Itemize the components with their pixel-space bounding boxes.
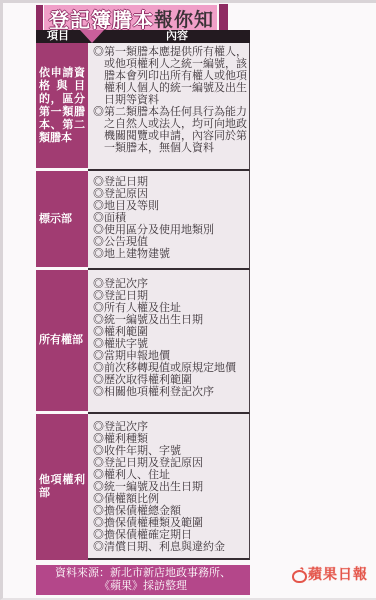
bullet-item: ◎擔保債權種類及範圍 bbox=[93, 517, 247, 529]
row-label: 依申請資格與目的，區分第一類謄本、第二類謄本 bbox=[36, 43, 88, 171]
bullet-item: ◎當期申報地價 bbox=[93, 350, 247, 362]
bullet-item: ◎相關他項權利登記次序 bbox=[93, 386, 247, 398]
bullet-item: ◎登記次序 bbox=[93, 421, 247, 433]
table-header: 項目 內容 bbox=[36, 30, 250, 43]
bullet-item: ◎清償日期、利息與違約金 bbox=[93, 541, 247, 553]
bullet-item: ◎登記次序 bbox=[93, 278, 247, 290]
title-pink-band: 登記簿謄本 報你知 bbox=[44, 5, 217, 31]
bullet-item: ◎使用區分及使用地類別 bbox=[93, 224, 247, 236]
bullet-item: ◎前次移轉現值或原規定地價 bbox=[93, 362, 247, 374]
apple-daily-logo: 蘋果日報 bbox=[292, 564, 368, 584]
page-title: 登記簿謄本 bbox=[49, 4, 154, 33]
bullet-item: ◎擔保債權總金額 bbox=[93, 505, 247, 517]
row-content: ◎登記日期◎登記原因◎地目及等則◎面積◎使用區分及使用地類別◎公告現值◎地上建物… bbox=[88, 171, 250, 270]
bullet-item: ◎權利範圍 bbox=[93, 326, 247, 338]
bullet-item: ◎統一編號及出生日期 bbox=[93, 314, 247, 326]
bullet-item: ◎面積 bbox=[93, 212, 247, 224]
column-header-item: 項目 bbox=[36, 30, 80, 43]
bullet-item: ◎權利人、住址 bbox=[93, 469, 247, 481]
bullet-item: ◎權狀字號 bbox=[93, 338, 247, 350]
bullet-item: ◎收件年期、字號 bbox=[93, 445, 247, 457]
title-lead-block bbox=[36, 5, 43, 32]
table-row-marking: 標示部 ◎登記日期◎登記原因◎地目及等則◎面積◎使用區分及使用地類別◎公告現值◎… bbox=[36, 171, 250, 270]
bullet-item: ◎地目及等則 bbox=[93, 200, 247, 212]
row-label: 標示部 bbox=[36, 171, 88, 270]
triangle-down-icon bbox=[80, 30, 104, 43]
logo-text: 蘋果日報 bbox=[308, 564, 368, 584]
apple-icon bbox=[292, 568, 305, 580]
source-line-2: 《蘋果》採訪整理 bbox=[36, 580, 250, 593]
bullet-list: ◎登記日期◎登記原因◎地目及等則◎面積◎使用區分及使用地類別◎公告現值◎地上建物… bbox=[93, 176, 247, 260]
row-content: ◎第一類謄本應提供所有權人，或他項權利人之統一編號，該謄本會列印出所有權人或他項… bbox=[88, 43, 250, 171]
bullet-item: ◎統一編號及出生日期 bbox=[93, 481, 247, 493]
source-note: 資料來源：新北市新店地政事務所、 《蘋果》採訪整理 bbox=[36, 565, 250, 595]
row-content: ◎登記次序◎權利種類◎收件年期、字號◎登記日期及登記原因◎權利人、住址◎統一編號… bbox=[88, 414, 250, 560]
bullet-item: ◎第一類謄本應提供所有權人，或他項權利人之統一編號，該謄本會列印出所有權人或他項… bbox=[93, 46, 247, 106]
title-bar: 登記簿謄本 報你知 bbox=[36, 5, 228, 32]
bullet-item: ◎權利種類 bbox=[93, 433, 247, 445]
bullet-item: ◎登記日期 bbox=[93, 290, 247, 302]
bullet-item: ◎債權額比例 bbox=[93, 493, 247, 505]
bullet-list: ◎第一類謄本應提供所有權人，或他項權利人之統一編號，該謄本會列印出所有權人或他項… bbox=[93, 46, 247, 154]
bullet-item: ◎登記日期 bbox=[93, 176, 247, 188]
bullet-item: ◎第二類謄本為任何具行為能力之自然人或法人，均可向地政機關閱覽或申請，內容同於第… bbox=[93, 106, 247, 154]
table-row-ownership: 所有權部 ◎登記次序◎登記日期◎所有人權及住址◎統一編號及出生日期◎權利範圍◎權… bbox=[36, 270, 250, 414]
source-line-1: 資料來源：新北市新店地政事務所、 bbox=[36, 567, 250, 580]
row-content: ◎登記次序◎登記日期◎所有人權及住址◎統一編號及出生日期◎權利範圍◎權狀字號◎當… bbox=[88, 270, 250, 414]
page-title-suffix: 報你知 bbox=[154, 5, 214, 32]
bullet-item: ◎所有人權及住址 bbox=[93, 302, 247, 314]
bullet-list: ◎登記次序◎權利種類◎收件年期、字號◎登記日期及登記原因◎權利人、住址◎統一編號… bbox=[93, 421, 247, 553]
bullet-list: ◎登記次序◎登記日期◎所有人權及住址◎統一編號及出生日期◎權利範圍◎權狀字號◎當… bbox=[93, 278, 247, 398]
info-table: 依申請資格與目的，區分第一類謄本、第二類謄本 ◎第一類謄本應提供所有權人，或他項… bbox=[36, 43, 250, 560]
bullet-item: ◎地上建物建號 bbox=[93, 248, 247, 260]
table-row-other-rights: 他項權利部 ◎登記次序◎權利種類◎收件年期、字號◎登記日期及登記原因◎權利人、住… bbox=[36, 414, 250, 560]
bullet-item: ◎歷次取得權利範圍 bbox=[93, 374, 247, 386]
bullet-item: ◎登記日期及登記原因 bbox=[93, 457, 247, 469]
table-row-types: 依申請資格與目的，區分第一類謄本、第二類謄本 ◎第一類謄本應提供所有權人，或他項… bbox=[36, 43, 250, 171]
bullet-item: ◎公告現值 bbox=[93, 236, 247, 248]
column-header-content: 內容 bbox=[104, 30, 250, 43]
row-label: 他項權利部 bbox=[36, 414, 88, 560]
bullet-item: ◎登記原因 bbox=[93, 188, 247, 200]
title-end-block bbox=[219, 4, 228, 32]
row-label: 所有權部 bbox=[36, 270, 88, 414]
bullet-item: ◎擔保債權確定期日 bbox=[93, 529, 247, 541]
